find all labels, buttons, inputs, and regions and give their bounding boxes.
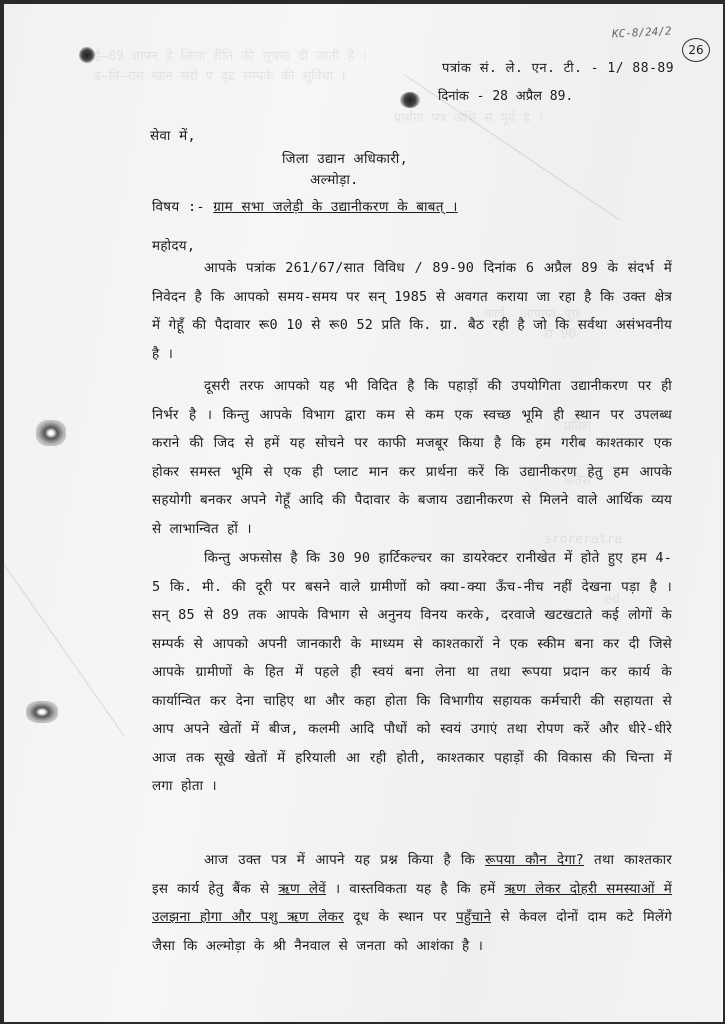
archive-stamp: KC-8/24/2	[612, 24, 672, 40]
letter-reference-number: पत्रांक सं. ले. एन. टी. - 1/ 88-89	[442, 58, 674, 76]
paper-crease	[4, 564, 125, 737]
show-through-text: ड–नि–राम खान सरो ए दृढ सम्पर्क की सुविधा…	[94, 66, 346, 84]
paragraph-text: आज उक्त पत्र में आपने यह प्रश्न किया है …	[204, 852, 485, 868]
page-number: 26	[682, 38, 710, 62]
addressee-place: अल्मोड़ा.	[310, 170, 359, 188]
underlined-phrase: ऋण लेवें	[278, 881, 326, 897]
letter-date: दिनांक - 28 अप्रैल 89.	[438, 86, 573, 104]
subject-label: विषय :-	[152, 199, 205, 215]
greeting: महोदय,	[152, 236, 195, 254]
punch-hole	[79, 47, 95, 63]
paragraph-text: दूध के स्थान पर	[344, 909, 456, 925]
binder-hole-damage	[26, 701, 58, 723]
binder-hole-damage	[36, 420, 66, 446]
show-through-text: ई–89 ज्ञापन डे जिला रीति की सूचना दी जात…	[94, 46, 367, 64]
addressee-title: जिला उद्यान अधिकारी,	[282, 149, 408, 167]
body-paragraph-3: किन्तु अफसोस है कि 30 90 हार्टिकल्चर का …	[152, 544, 672, 801]
subject-line: विषय :- ग्राम सभा जलेड़ी के उद्यानीकरण क…	[152, 197, 458, 215]
body-paragraph-1: आपके पत्रांक 261/67/सात विविध / 89-90 दि…	[152, 254, 672, 368]
paragraph-text: । वास्तविकता यह है कि हमें	[326, 881, 504, 897]
body-paragraph-4: आज उक्त पत्र में आपने यह प्रश्न किया है …	[152, 846, 672, 960]
subject-text: ग्राम सभा जलेड़ी के उद्यानीकरण के बाबत् …	[213, 199, 457, 215]
underlined-phrase: पहुँचाने	[456, 909, 491, 925]
salutation-to: सेवा में,	[150, 126, 196, 144]
scanned-letter-page: ई–89 ज्ञापन डे जिला रीति की सूचना दी जात…	[4, 4, 723, 1022]
body-paragraph-2: दूसरी तरफ आपको यह भी विदित है कि पहाड़ों…	[152, 372, 672, 543]
underlined-phrase: रूपया कौन देगा?	[485, 852, 584, 868]
ink-blot	[400, 92, 420, 108]
